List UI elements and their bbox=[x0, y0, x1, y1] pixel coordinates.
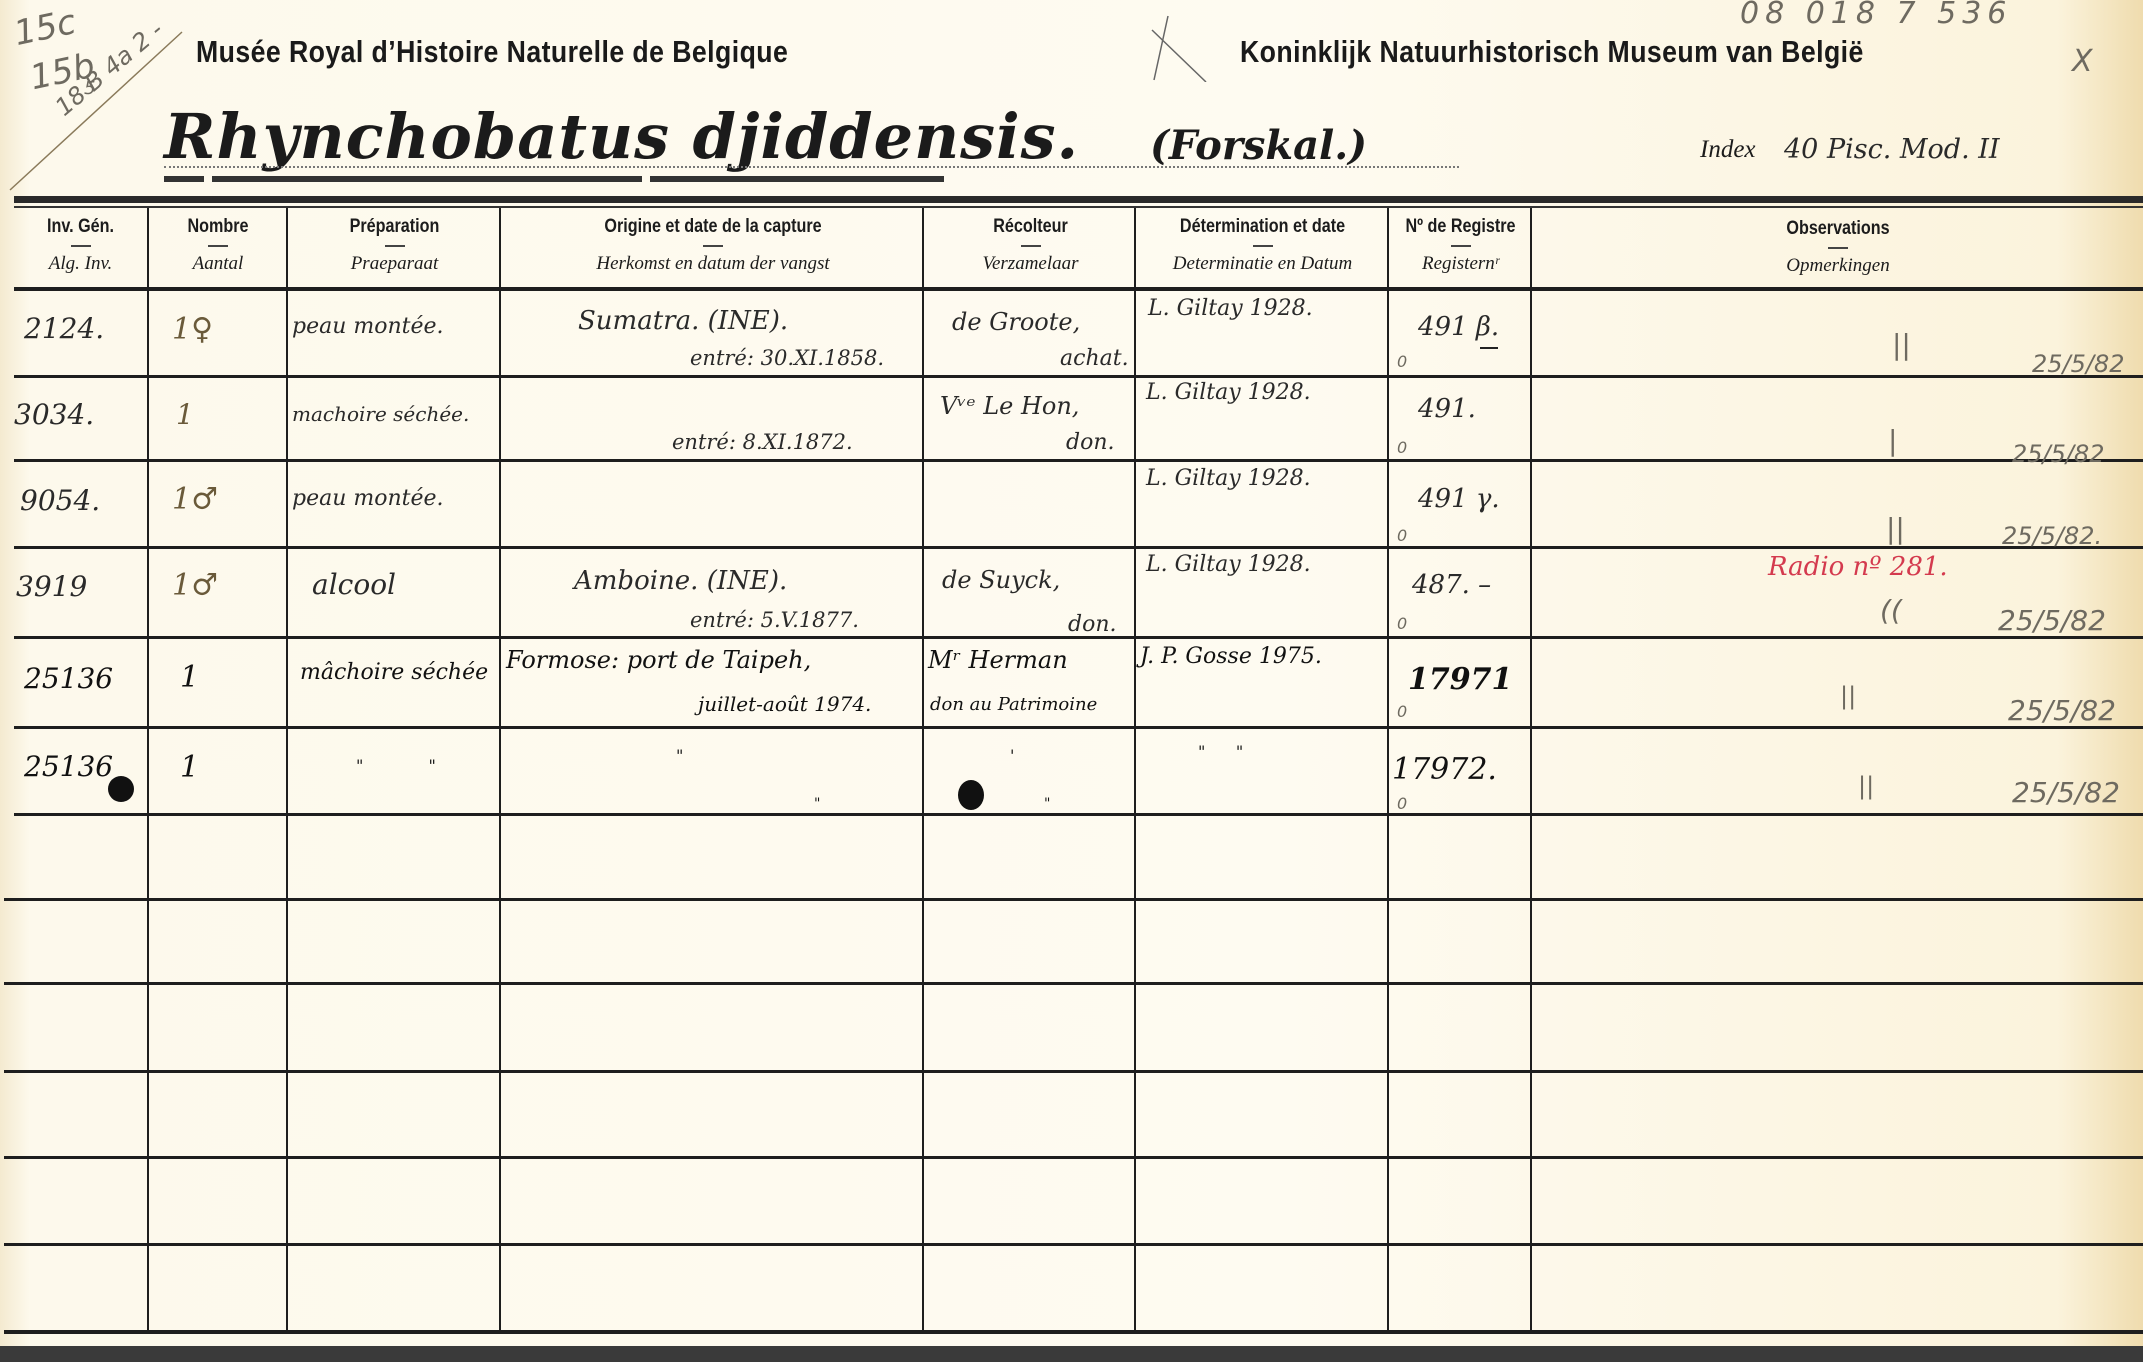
cell-register: 17972. bbox=[1392, 752, 1497, 787]
col-header-inv: Inv. Gén.Alg. Inv. bbox=[14, 216, 147, 275]
cell-obs-mark: || bbox=[1840, 682, 1856, 710]
cell-origin-date: juillet-août 1974. bbox=[698, 692, 871, 716]
cell-collector-note: don. bbox=[1068, 612, 1117, 637]
cell-determination: L. Giltay 1928. bbox=[1148, 296, 1313, 321]
cell-obs-mark: || bbox=[1892, 328, 1911, 361]
cell-register: 491 γ. bbox=[1418, 484, 1500, 514]
cell-count: 1♀ bbox=[172, 312, 213, 347]
catalog-number: 08 018 7 536 bbox=[1740, 0, 2012, 31]
cell-determination: L. Giltay 1928. bbox=[1146, 466, 1311, 491]
museum-index-card: 15c 15b 5 18 B 4a 2 - Musée Royal d’Hist… bbox=[0, 0, 2143, 1362]
row-rule bbox=[14, 375, 2143, 378]
index-value: 40 Pisc. Mod. II bbox=[1784, 134, 2000, 165]
col-divider bbox=[1134, 208, 1136, 1332]
cell-origin-date: entré: 30.XI.1858. bbox=[690, 346, 884, 370]
cell-collector-note: achat. bbox=[1060, 346, 1129, 371]
cell-origin: Sumatra. (INE). bbox=[578, 306, 788, 336]
cell-obs-mark: || bbox=[1858, 772, 1874, 800]
species-underline-2 bbox=[212, 176, 642, 182]
cell-count: 1♂ bbox=[172, 482, 218, 517]
cell-inv: 9054. bbox=[20, 484, 100, 517]
cell-prep: alcool bbox=[312, 568, 396, 601]
cell-collector-note: don. bbox=[1066, 430, 1115, 455]
header-bottom-rule bbox=[14, 287, 2143, 291]
col-header-origin: Origine et date de la captureHerkomst en… bbox=[502, 216, 924, 275]
row-rule bbox=[4, 982, 2143, 985]
cell-collector-note-ditto: " bbox=[1044, 796, 1050, 812]
species-name: Rhynchobatus djiddensis. bbox=[164, 100, 1079, 173]
cell-count: 1 bbox=[176, 398, 194, 431]
top-rule bbox=[14, 196, 2143, 203]
col-header-register: Nº de RegistreRegisternʳ bbox=[1390, 216, 1531, 275]
cell-determination: L. Giltay 1928. bbox=[1146, 552, 1311, 577]
index-label: Index bbox=[1700, 136, 1756, 164]
row-rule bbox=[14, 459, 2143, 462]
cell-register-mark: 0 bbox=[1397, 702, 1407, 721]
cell-obs-date: 25/5/82 bbox=[2012, 440, 2105, 468]
x-mark-icon bbox=[1150, 12, 1210, 82]
cell-origin: Formose: port de Taipeh, bbox=[506, 646, 811, 674]
col-header-prep: PréparationPraeparaat bbox=[289, 216, 500, 275]
cell-count: 1 bbox=[180, 660, 199, 695]
col-divider bbox=[286, 208, 288, 1332]
cell-register: 491. bbox=[1418, 394, 1476, 424]
cell-register: 491 β. bbox=[1418, 312, 1499, 342]
cell-inv: 3919 bbox=[16, 570, 87, 603]
cell-obs-date: 25/5/82. bbox=[2002, 522, 2102, 550]
cell-collector: Mʳ Herman bbox=[928, 646, 1068, 674]
x-mark-right: X bbox=[2072, 44, 2093, 79]
col-divider bbox=[922, 208, 924, 1332]
cell-obs-note-radio: Radio nº 281. bbox=[1768, 552, 1948, 582]
cell-inv: 2124. bbox=[24, 312, 104, 345]
col-divider bbox=[147, 208, 149, 1332]
cell-register-mark: 0 bbox=[1397, 526, 1407, 545]
cell-obs-date: 25/5/82 bbox=[2012, 776, 2120, 809]
cell-collector: de Suyck, bbox=[942, 566, 1060, 594]
black-dot-marker bbox=[108, 776, 134, 802]
cell-inv: 25136 bbox=[24, 750, 113, 783]
museum-title-nl: Koninklijk Natuurhistorisch Museum van B… bbox=[1240, 34, 1864, 70]
cell-prep: machoire séchée. bbox=[292, 402, 469, 426]
species-author: (Forskal.) bbox=[1150, 122, 1367, 169]
cell-inv: 3034. bbox=[14, 398, 94, 431]
top-rule-thin bbox=[14, 206, 2143, 208]
cell-origin: Amboine. (INE). bbox=[574, 566, 787, 596]
row-rule bbox=[14, 726, 2143, 729]
cell-origin-ditto: " bbox=[676, 746, 683, 765]
cell-register: 487. – bbox=[1412, 570, 1491, 600]
cell-collector: Vᵛᵉ Le Hon, bbox=[940, 392, 1079, 420]
row-rule bbox=[14, 813, 2143, 816]
cell-prep: mâchoire séchée bbox=[300, 660, 488, 685]
cell-collector-ditto: ' bbox=[1010, 746, 1014, 765]
cell-register: 17971 bbox=[1408, 662, 1512, 697]
cell-register-mark: 0 bbox=[1397, 614, 1407, 633]
black-dot-marker bbox=[958, 780, 984, 810]
cell-count: 1 bbox=[180, 750, 199, 785]
col-header-determination: Détermination et dateDeterminatie en Dat… bbox=[1137, 216, 1388, 275]
cell-origin-date-ditto: " bbox=[814, 796, 820, 812]
row-rule bbox=[4, 1243, 2143, 1246]
cell-inv: 25136 bbox=[24, 662, 113, 695]
cell-collector: de Groote, bbox=[952, 308, 1080, 336]
register-dash bbox=[1480, 347, 1498, 349]
cell-prep-ditto: " " bbox=[356, 756, 466, 775]
row-rule bbox=[4, 1156, 2143, 1159]
row-rule bbox=[14, 546, 2143, 549]
cell-obs-date: 25/5/82 bbox=[1998, 604, 2106, 637]
cell-determination-ditto: " " bbox=[1198, 742, 1243, 761]
cell-determination: J. P. Gosse 1975. bbox=[1140, 644, 1322, 669]
cell-obs-date: 25/5/82 bbox=[2032, 350, 2125, 378]
col-header-collector: RécolteurVerzamelaar bbox=[926, 216, 1135, 275]
col-divider bbox=[1530, 208, 1532, 1332]
species-underline-1 bbox=[164, 176, 204, 182]
row-rule bbox=[4, 898, 2143, 901]
bottom-rule bbox=[4, 1330, 2143, 1334]
col-divider bbox=[1387, 208, 1389, 1332]
cell-origin-date: entré: 8.XI.1872. bbox=[672, 430, 853, 454]
cell-prep: peau montée. bbox=[292, 314, 444, 339]
cell-prep: peau montée. bbox=[292, 486, 444, 511]
cell-register-mark: 0 bbox=[1397, 438, 1407, 457]
cell-obs-date: 25/5/82 bbox=[2008, 694, 2116, 727]
museum-title-fr: Musée Royal d’Histoire Naturelle de Belg… bbox=[196, 34, 788, 70]
cell-obs-mark: (( bbox=[1880, 594, 1902, 627]
cell-obs-mark: || bbox=[1886, 512, 1905, 545]
card-bottom-edge bbox=[0, 1346, 2143, 1362]
cell-origin-date: entré: 5.V.1877. bbox=[690, 608, 859, 632]
species-underline-3 bbox=[650, 176, 944, 182]
cell-obs-mark: | bbox=[1888, 424, 1897, 457]
species-dotted-line bbox=[164, 166, 1459, 168]
row-rule bbox=[4, 1070, 2143, 1073]
col-header-observations: ObservationsOpmerkingen bbox=[1533, 218, 2143, 277]
cell-determination: L. Giltay 1928. bbox=[1146, 380, 1311, 405]
cell-register-mark: 0 bbox=[1397, 794, 1407, 813]
cell-collector-note: don au Patrimoine bbox=[930, 694, 1097, 715]
col-header-count: NombreAantal bbox=[149, 216, 287, 275]
cell-count: 1♂ bbox=[172, 568, 218, 603]
col-divider bbox=[499, 208, 501, 1332]
cell-register-mark: 0 bbox=[1397, 352, 1407, 371]
